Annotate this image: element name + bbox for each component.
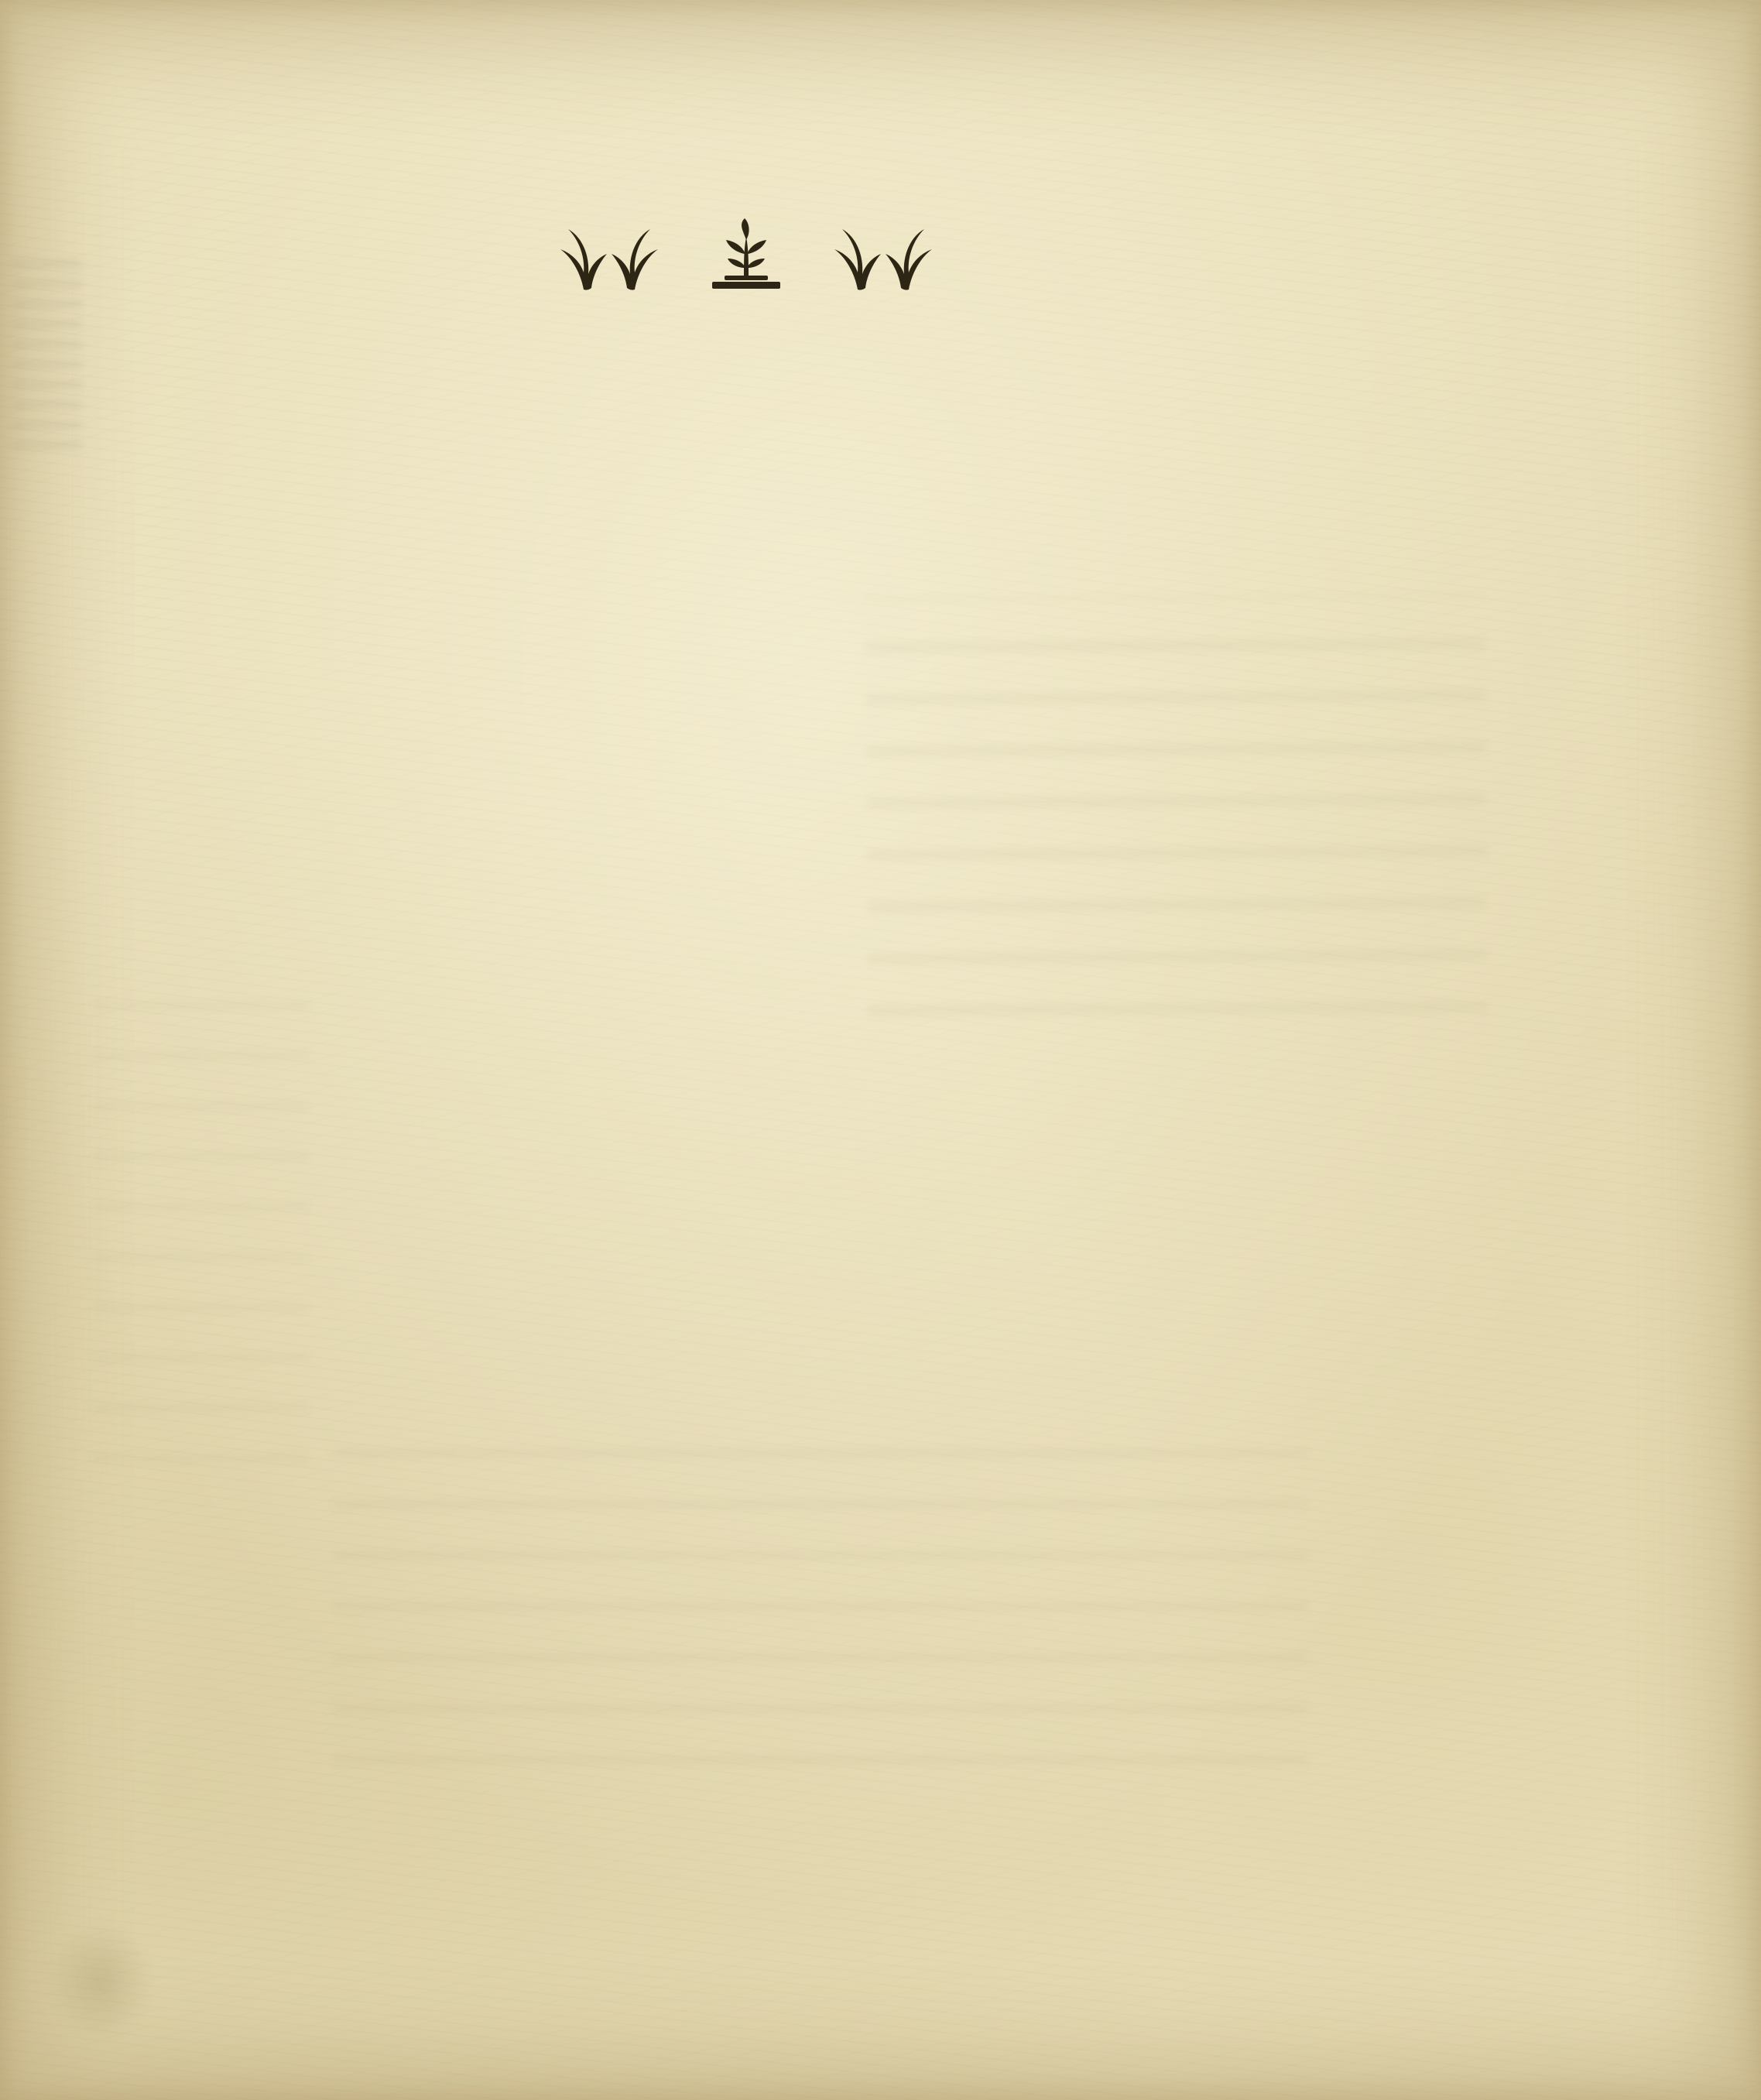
central-sprig-fleuron-icon <box>707 217 785 291</box>
verso-showthrough <box>333 1432 1308 1765</box>
verso-showthrough <box>865 594 1488 1016</box>
double-leaf-fleuron-icon <box>556 217 663 291</box>
corner-shadow <box>46 1920 155 2043</box>
page-header <box>0 0 1761 310</box>
double-leaf-fleuron-icon <box>830 217 937 291</box>
text-block <box>163 308 1488 319</box>
verso-showthrough <box>93 983 310 1463</box>
header-ornaments <box>556 217 937 291</box>
book-page-scan <box>0 0 1761 2100</box>
